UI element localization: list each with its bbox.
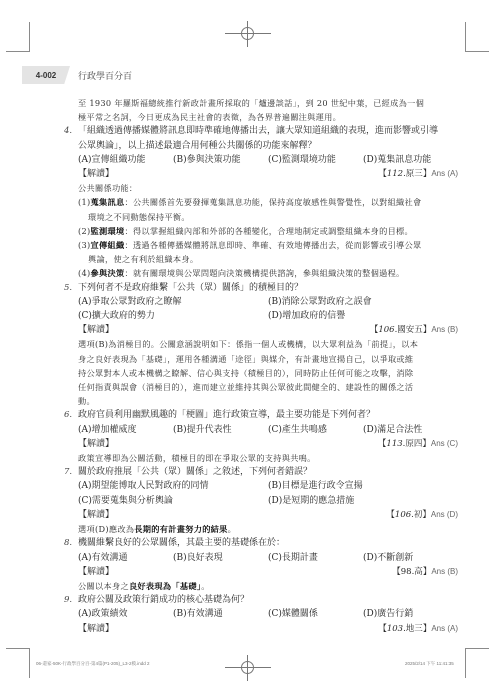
exam-source: 【112.原三】Ans (A)	[378, 167, 458, 181]
crop-mark-top-left	[6, 22, 30, 52]
question-7: 7. 關於政府推展「公共（眾）關係」之敘述，下列何者錯誤？ (A)期望能博取人民…	[78, 465, 458, 536]
intro-line: 至 1930 年羅斯福總統推行新政計畫所採取的「爐邊談話」，到 20 世紀中葉，…	[78, 96, 458, 110]
question-4: 4. 「組織透過傳播媒體將訊息即時準確地傳播出去，讓大眾知道組織的表現，進而影響…	[78, 124, 458, 280]
explanation-line: 持公眾對本人或本機構之瞭解、信心與支持（積極目的），同時防止任何可能之攻擊，消除	[78, 366, 458, 380]
exam-source: 【106.初】Ans (D)	[386, 508, 458, 522]
explanation-label: 【解讀】	[78, 622, 114, 636]
option-b: (B)目標是進行政令宣揚	[268, 479, 458, 493]
options: (A)宣傳組織功能 (B)參與決策功能 (C)監測環境功能 (D)蒐集訊息功能	[78, 153, 458, 167]
question-8: 8. 機關維繫良好的公眾關係，其最主要的基礎係在於： (A)有效溝通 (B)良好…	[78, 536, 458, 593]
question-number: 7.	[64, 465, 72, 479]
answer: Ans (C)	[431, 439, 458, 448]
explanation-header: 【解讀】 【112.原三】Ans (A)	[78, 167, 458, 181]
explanation-intro: 公共關係功能：	[78, 181, 458, 195]
explanation-item: (2)監測環境：得以掌握組織內部和外部的各種變化，合理地制定或調整組織本身的目標…	[78, 224, 458, 238]
question-stem: 機關維繫良好的公眾關係，其最主要的基礎係在於：	[78, 536, 458, 550]
explanation-line: 動。	[78, 394, 458, 408]
exam-source: 【103.地三】Ans (A)	[378, 622, 458, 636]
explanation-item-cont: 輿論，使之有利於組織本身。	[78, 252, 458, 266]
question-stem: 公眾輿論」，以上描述最適合用何種公共關係的功能來解釋？	[78, 139, 458, 153]
explanation-item: (3)宣傳組織：透過各種傳播媒體將訊息即時、準確、有效地傳播出去，從而影響或引導…	[78, 238, 458, 252]
explanation-header: 【解讀】 【106.國安五】Ans (B)	[78, 323, 458, 337]
crop-mark-top-right	[465, 22, 489, 52]
explanation-line: 身之良好表現為「基礎」，運用各種溝通「途徑」與媒介，有計畫地宣揚自己，以爭取或維	[78, 352, 458, 366]
option-b: (B)提升代表性	[173, 423, 268, 437]
question-number: 8.	[64, 536, 72, 550]
question-number: 9.	[64, 593, 72, 607]
question-stem: 關於政府推展「公共（眾）關係」之敘述，下列何者錯誤？	[78, 465, 458, 479]
question-9: 9. 政府公關及政策行銷成功的核心基礎為何？ (A)政策績效 (B)有效溝通 (…	[78, 593, 458, 636]
explanation-line: 選項(D)應改為長期的有計畫努力的結果。	[78, 522, 458, 536]
option-d: (D)廣告行銷	[363, 607, 458, 621]
intro-paragraph: 至 1930 年羅斯福總統推行新政計畫所採取的「爐邊談話」，到 20 世紀中葉，…	[78, 96, 458, 124]
explanation-label: 【解讀】	[78, 323, 114, 337]
question-stem: 政府官員利用幽默風趣的「梗圖」進行政策宣導，最主要功能是下列何者？	[78, 408, 458, 422]
option-d: (D)是短期的應急措施	[268, 494, 458, 508]
question-6: 6. 政府官員利用幽默風趣的「梗圖」進行政策宣導，最主要功能是下列何者？ (A)…	[78, 408, 458, 465]
question-5: 5. 下列何者不是政府維繫「公共（眾）關係」的積極目的？ (A)爭取公眾對政府之…	[78, 281, 458, 409]
option-a: (A)期望能博取人民對政府的同情	[78, 479, 268, 493]
print-slug-filename: 06-還家-50K-行政學百分百-第4篇(P1-205)_L3-2模.indd …	[36, 661, 150, 667]
question-number: 5.	[64, 281, 72, 295]
explanation-item-cont: 環境之不同動態保持平衡。	[78, 210, 458, 224]
answer: Ans (A)	[431, 624, 458, 633]
option-a: (A)政策績效	[78, 607, 173, 621]
option-d: (D)蒐集訊息功能	[363, 153, 458, 167]
option-d: (D)滿足合法性	[363, 423, 458, 437]
explanation-header: 【解讀】 【106.初】Ans (D)	[78, 508, 458, 522]
question-number: 4.	[64, 124, 72, 138]
answer: Ans (D)	[431, 510, 458, 519]
answer: Ans (A)	[431, 169, 458, 178]
explanation-label: 【解讀】	[78, 565, 114, 579]
explanation-item: (1)蒐集訊息：公共關係首先要發揮蒐集訊息功能，保持高度敏感性與警覺性，以對組織…	[78, 195, 458, 209]
option-c: (C)擴大政府的勢力	[78, 309, 268, 323]
option-b: (B)消除公眾對政府之誤會	[268, 295, 458, 309]
option-a: (A)有效溝通	[78, 551, 173, 565]
explanation-header: 【解讀】 【98.高】Ans (B)	[78, 565, 458, 579]
option-b: (B)參與決策功能	[173, 153, 268, 167]
question-stem: 政府公關及政策行銷成功的核心基礎為何？	[78, 593, 458, 607]
options: (A)增加權威度 (B)提升代表性 (C)產生共鳴感 (D)滿足合法性	[78, 423, 458, 437]
option-c: (C)媒體關係	[268, 607, 363, 621]
registration-mark-bottom	[225, 655, 271, 681]
option-c: (C)產生共鳴感	[268, 423, 363, 437]
option-b: (B)良好表現	[173, 551, 268, 565]
options: (A)有效溝通 (B)良好表現 (C)長期計畫 (D)不斷創新	[78, 551, 458, 565]
option-a: (A)增加權威度	[78, 423, 173, 437]
page-content: 至 1930 年羅斯福總統推行新政計畫所採取的「爐邊談話」，到 20 世紀中葉，…	[78, 96, 458, 636]
crop-mark-bottom-left	[6, 648, 30, 678]
explanation-header: 【解讀】 【103.地三】Ans (A)	[78, 622, 458, 636]
option-a: (A)宣傳組織功能	[78, 153, 173, 167]
option-b: (B)有效溝通	[173, 607, 268, 621]
intro-line: 極平常之名詞，今日更成為民主社會的表徵，為各界普遍關注與運用。	[78, 110, 458, 124]
answer: Ans (B)	[431, 325, 458, 334]
explanation-line: 政策宣導即為公關活動，積極目的即在爭取公眾的支持與共鳴。	[78, 451, 458, 465]
option-c: (C)監測環境功能	[268, 153, 363, 167]
crop-mark-bottom-right	[465, 648, 489, 678]
option-c: (C)長期計畫	[268, 551, 363, 565]
book-title: 行政學百分百	[78, 69, 132, 82]
exam-source: 【113.原四】Ans (C)	[378, 437, 458, 451]
question-stem: 下列何者不是政府維繫「公共（眾）關係」的積極目的？	[78, 281, 458, 295]
explanation-line: 選項(B)為消極目的。公關意涵說明如下：係指一個人或機構，以大眾利益為「前提」，…	[78, 337, 458, 351]
options: (A)爭取公眾對政府之瞭解 (B)消除公眾對政府之誤會 (C)擴大政府的勢力 (…	[78, 295, 458, 323]
explanation-item: (4)參與決策：就有關環境與公眾問題向決策機構提供諮詢，參與組織決策的整個過程。	[78, 266, 458, 280]
answer: Ans (B)	[431, 567, 458, 576]
explanation-label: 【解讀】	[78, 437, 114, 451]
print-slug-timestamp: 2025/2/14 下午 11:41:35	[405, 661, 454, 667]
explanation-label: 【解讀】	[78, 167, 114, 181]
explanation-line: 公關以本身之良好表現為「基礎」。	[78, 579, 458, 593]
options: (A)期望能博取人民對政府的同情 (B)目標是進行政令宣揚 (C)需要蒐集與分析…	[78, 479, 458, 507]
explanation-header: 【解讀】 【113.原四】Ans (C)	[78, 437, 458, 451]
options: (A)政策績效 (B)有效溝通 (C)媒體關係 (D)廣告行銷	[78, 607, 458, 621]
registration-mark-top	[225, 21, 271, 47]
question-number: 6.	[64, 408, 72, 422]
question-stem: 「組織透過傳播媒體將訊息即時準確地傳播出去，讓大眾知道組織的表現，進而影響或引導	[78, 124, 458, 138]
page-number: 4-002	[22, 66, 70, 84]
running-header: 4-002 行政學百分百	[22, 66, 132, 84]
explanation-line: 任何指責與誤會（消極目的），進而建立並維持其與公眾彼此間健全的、建設性的關係之活	[78, 380, 458, 394]
option-d: (D)增加政府的信譽	[268, 309, 458, 323]
option-d: (D)不斷創新	[363, 551, 458, 565]
explanation-label: 【解讀】	[78, 508, 114, 522]
exam-source: 【106.國安五】Ans (B)	[370, 323, 458, 337]
option-a: (A)爭取公眾對政府之瞭解	[78, 295, 268, 309]
exam-source: 【98.高】Ans (B)	[392, 565, 458, 579]
option-c: (C)需要蒐集與分析輿論	[78, 494, 268, 508]
